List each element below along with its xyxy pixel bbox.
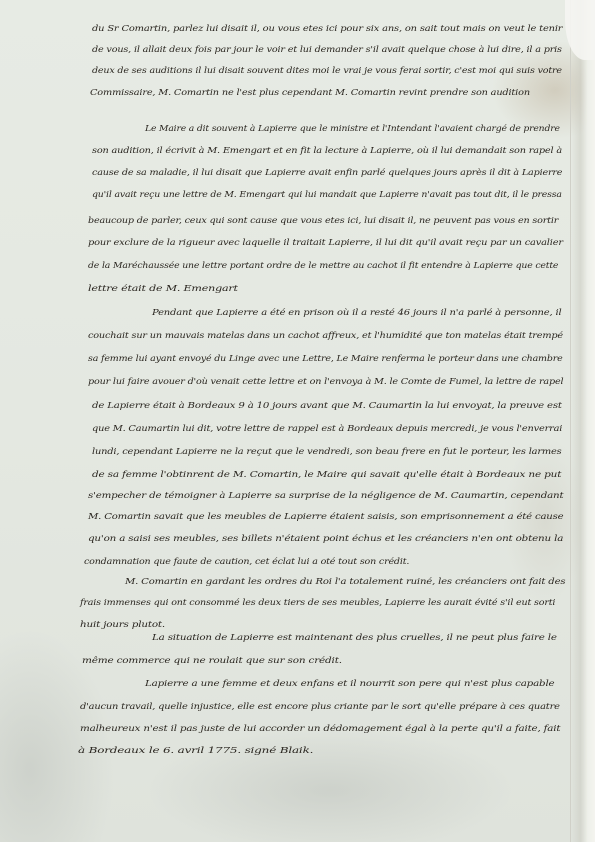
manuscript-line: Le Maire a dit souvent à Lapierre que le… — [145, 124, 560, 132]
manuscript-line: couchait sur un mauvais matelas dans un … — [88, 331, 563, 339]
manuscript-line: malheureux n'est il pas juste de lui acc… — [80, 724, 560, 732]
manuscript-line: de la Maréchaussée une lettre portant or… — [88, 261, 558, 269]
manuscript-line: lundi, cependant Lapierre ne la reçut qu… — [92, 447, 562, 455]
manuscript-line: Commissaire, M. Comartin ne l'est plus c… — [90, 88, 530, 96]
manuscript-line: de Lapierre était à Bordeaux 9 à 10 jour… — [92, 401, 562, 409]
manuscript-line: pour exclure de la rigueur avec laquelle… — [88, 238, 563, 246]
manuscript-line: de vous, il allait deux fois par jour le… — [92, 45, 562, 53]
manuscript-line: frais immenses qui ont consommé les deux… — [80, 598, 555, 606]
manuscript-line: beaucoup de parler, ceux qui sont cause … — [88, 216, 558, 224]
manuscript-line: à Bordeaux le 6. avril 1775. signé Blaik… — [78, 747, 313, 756]
manuscript-line: Pendant que Lapierre a été en prison où … — [152, 308, 562, 316]
manuscript-line: qu'on a saisi ses meubles, ses billets n… — [88, 534, 563, 542]
manuscript-line: La situation de Lapierre est maintenant … — [152, 633, 557, 641]
manuscript-line: deux de ses auditions il lui disait souv… — [92, 66, 562, 74]
manuscript-line: du Sr Comartin, parlez lui disait il, ou… — [92, 24, 562, 32]
manuscript-page: du Sr Comartin, parlez lui disait il, ou… — [0, 0, 595, 842]
manuscript-line: cause de sa maladie, il lui disait que L… — [92, 168, 562, 176]
manuscript-line: qu'il avait reçu une lettre de M. Emenga… — [92, 190, 562, 198]
manuscript-line: M. Comartin savait que les meubles de La… — [88, 512, 563, 520]
manuscript-line: sa femme lui ayant envoyé du Linge avec … — [88, 354, 563, 362]
manuscript-line: lettre était de M. Emengart — [88, 284, 238, 292]
manuscript-line: son audition, il écrivit à M. Emengart e… — [92, 146, 562, 154]
manuscript-line: Lapierre a une femme et deux enfans et i… — [145, 679, 554, 687]
manuscript-line: de sa femme l'obtinrent de M. Comartin, … — [92, 470, 561, 478]
manuscript-line: huit jours plutot. — [80, 620, 165, 628]
manuscript-line: M. Comartin en gardant les ordres du Roi… — [125, 577, 565, 585]
manuscript-line: s'empecher de témoigner à Lapierre sa su… — [88, 491, 563, 499]
manuscript-line: pour lui faire avouer d'où venait cette … — [88, 377, 563, 385]
manuscript-line: que M. Caumartin lui dit, votre lettre d… — [92, 424, 562, 432]
manuscript-line: même commerce qui ne roulait que sur son… — [82, 656, 342, 664]
manuscript-line: condamnation que faute de caution, cet é… — [84, 557, 409, 565]
paper-right-edge — [570, 0, 595, 842]
manuscript-line: d'aucun travail, quelle injustice, elle … — [80, 702, 560, 710]
